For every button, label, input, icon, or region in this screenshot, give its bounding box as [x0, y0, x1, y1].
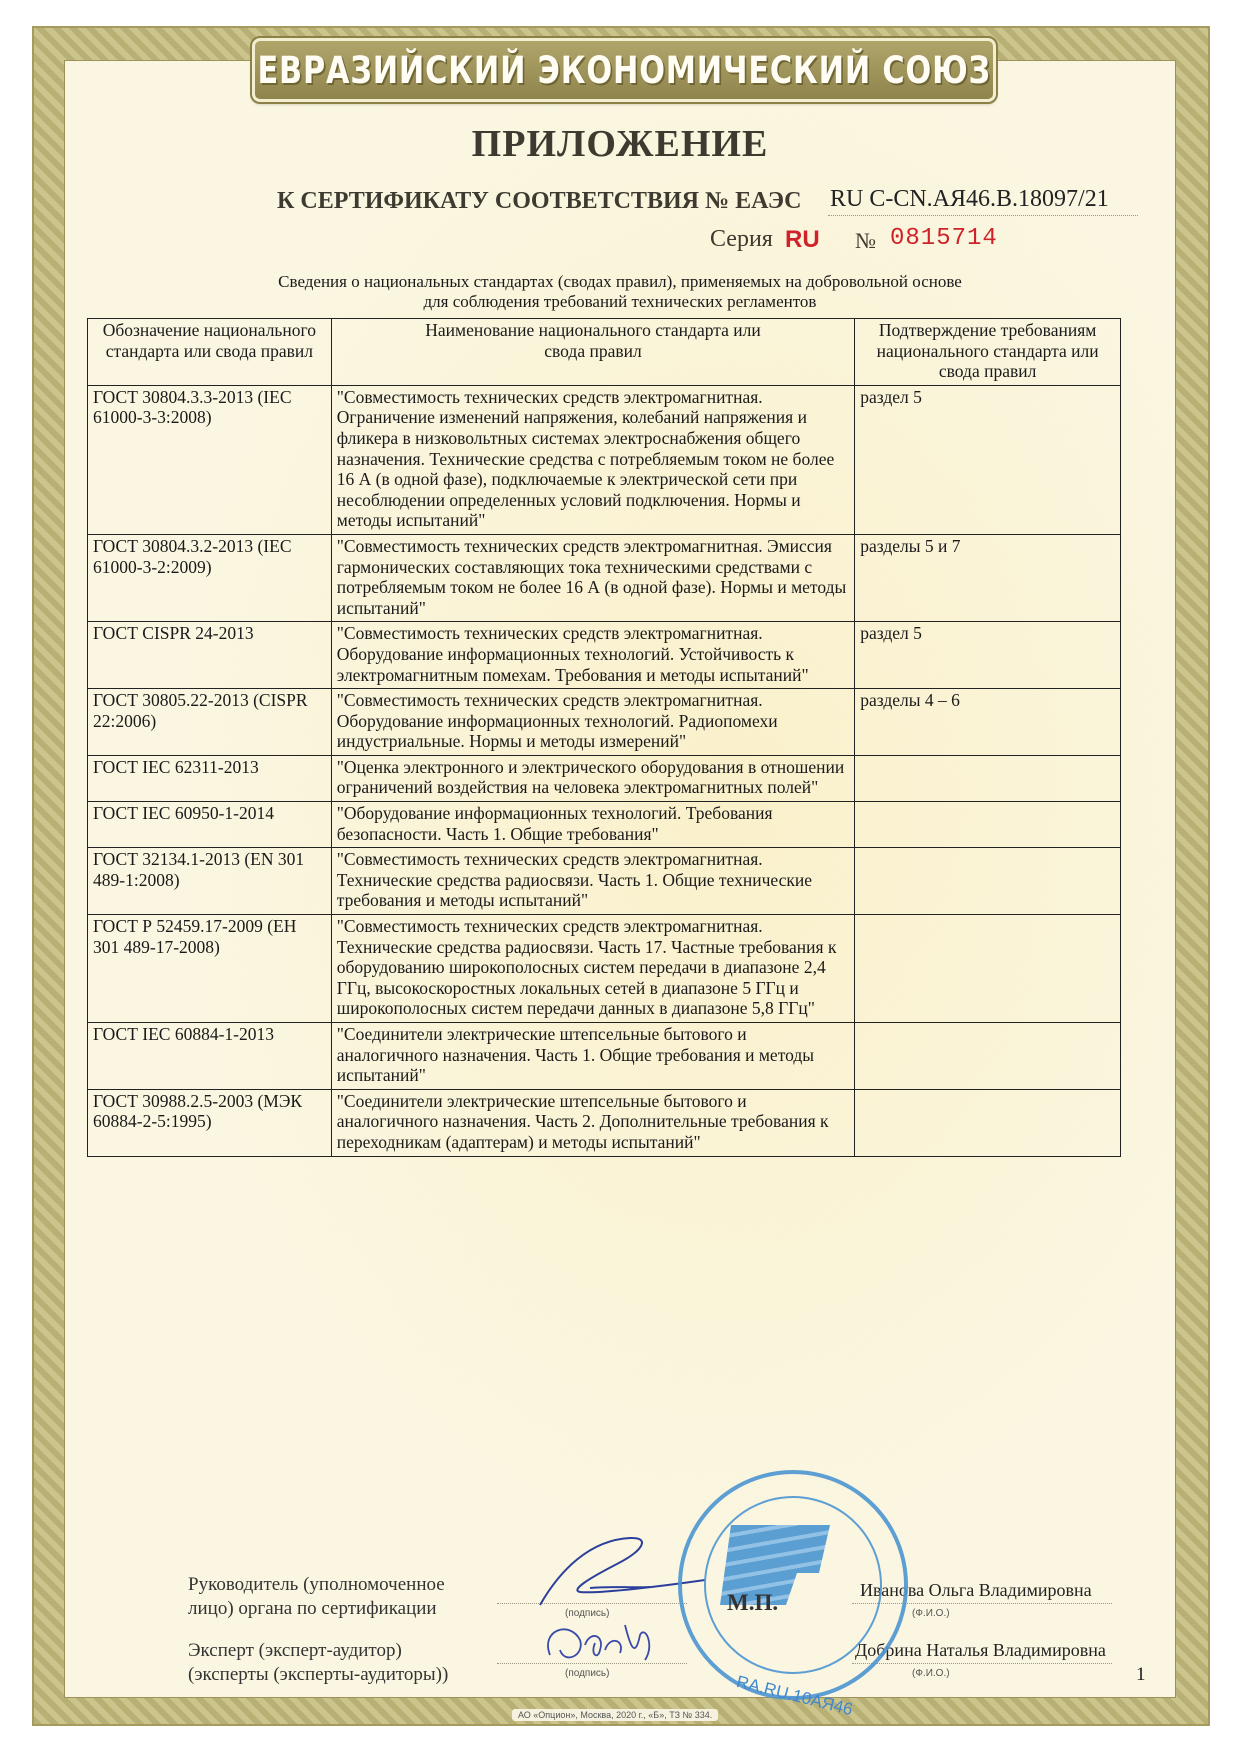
standard-name: "Соединители электрические штепсельные б… — [331, 1089, 855, 1156]
standard-confirmation: раздел 5 — [855, 622, 1121, 689]
table-header-row: Обозначение национального стандарта или … — [88, 319, 1121, 386]
certificate-number-underline — [828, 215, 1138, 216]
table-row: ГОСТ CISPR 24-2013"Совместимость техниче… — [88, 622, 1121, 689]
page-title: ПРИЛОЖЕНИЕ — [0, 122, 1240, 166]
union-banner-text: ЕВРАЗИЙСКИЙ ЭКОНОМИЧЕСКИЙ СОЮЗ — [257, 49, 990, 92]
form-number-label: № — [855, 228, 876, 254]
intro-line-1: Сведения о национальных стандартах (свод… — [0, 272, 1240, 292]
standard-name: "Совместимость технических средств элект… — [331, 689, 855, 756]
standard-code: ГОСТ IEC 62311-2013 — [88, 755, 332, 801]
standard-confirmation — [855, 1023, 1121, 1090]
standard-name: "Соединители электрические штепсельные б… — [331, 1023, 855, 1090]
standard-code: ГОСТ 32134.1-2013 (EN 301 489-1:2008) — [88, 848, 332, 915]
series-value: RU — [785, 226, 820, 254]
standard-code: ГОСТ IEC 60884-1-2013 — [88, 1023, 332, 1090]
standard-confirmation: разделы 5 и 7 — [855, 534, 1121, 621]
expert-fio-caption: (Ф.И.О.) — [912, 1668, 950, 1679]
standard-confirmation — [855, 848, 1121, 915]
standard-confirmation — [855, 1089, 1121, 1156]
expert-signature-icon — [540, 1615, 660, 1675]
expert-label-line-2: (эксперты (эксперты-аудиторы)) — [188, 1664, 448, 1686]
page-number: 1 — [1136, 1664, 1146, 1686]
standard-confirmation — [855, 755, 1121, 801]
head-label-line-1: Руководитель (уполномоченное — [188, 1574, 445, 1596]
table-row: ГОСТ 30804.3.2-2013 (IEC 61000-3-2:2009)… — [88, 534, 1121, 621]
standard-code: ГОСТ 30804.3.2-2013 (IEC 61000-3-2:2009) — [88, 534, 332, 621]
standard-name: "Совместимость технических средств элект… — [331, 848, 855, 915]
intro-text: Сведения о национальных стандартах (свод… — [0, 272, 1240, 312]
expert-name: Добрина Наталья Владимировна — [855, 1640, 1106, 1661]
standard-name: "Совместимость технических средств элект… — [331, 622, 855, 689]
printer-imprint: АО «Опцион», Москва, 2020 г., «Б», ТЗ № … — [512, 1709, 718, 1721]
table-row: ГОСТ 30988.2.5-2003 (МЭК 60884-2-5:1995)… — [88, 1089, 1121, 1156]
table-row: ГОСТ 30804.3.3-2013 (IEC 61000-3-3:2008)… — [88, 385, 1121, 534]
standard-name: "Совместимость технических средств элект… — [331, 915, 855, 1023]
union-banner: ЕВРАЗИЙСКИЙ ЭКОНОМИЧЕСКИЙ СОЮЗ — [252, 38, 996, 102]
head-label-line-2: лицо) органа по сертификации — [188, 1598, 437, 1620]
certificate-number: RU C-CN.АЯ46.В.18097/21 — [830, 186, 1109, 213]
expert-label-line-1: Эксперт (эксперт-аудитор) — [188, 1640, 402, 1662]
standard-code: ГОСТ 30804.3.3-2013 (IEC 61000-3-3:2008) — [88, 385, 332, 534]
standard-name: "Оценка электронного и электрического об… — [331, 755, 855, 801]
table-row: ГОСТ 32134.1-2013 (EN 301 489-1:2008)"Со… — [88, 848, 1121, 915]
table-row: ГОСТ IEC 60950-1-2014"Оборудование инфор… — [88, 802, 1121, 848]
standards-table: Обозначение национального стандарта или … — [87, 318, 1121, 1157]
standard-confirmation — [855, 802, 1121, 848]
header-name: Наименование национального стандарта или… — [331, 319, 855, 386]
standard-name: "Оборудование информационных технологий.… — [331, 802, 855, 848]
standard-confirmation: раздел 5 — [855, 385, 1121, 534]
standard-code: ГОСТ Р 52459.17-2009 (ЕН 301 489-17-2008… — [88, 915, 332, 1023]
stamp-mark: М.П. — [727, 1590, 778, 1616]
standard-code: ГОСТ IEC 60950-1-2014 — [88, 802, 332, 848]
certificate-label: К СЕРТИФИКАТУ СООТВЕТСТВИЯ № ЕАЭС — [277, 188, 801, 215]
header-code: Обозначение национального стандарта или … — [88, 319, 332, 386]
table-row: ГОСТ IEC 60884-1-2013"Соединители электр… — [88, 1023, 1121, 1090]
standard-name: "Совместимость технических средств элект… — [331, 385, 855, 534]
header-confirm: Подтверждение требованиям национального … — [855, 319, 1121, 386]
form-number-value: 0815714 — [890, 225, 998, 252]
standard-code: ГОСТ 30805.22-2013 (CISPR 22:2006) — [88, 689, 332, 756]
head-fio-caption: (Ф.И.О.) — [912, 1608, 950, 1619]
table-row: ГОСТ 30805.22-2013 (CISPR 22:2006)"Совме… — [88, 689, 1121, 756]
standard-name: "Совместимость технических средств элект… — [331, 534, 855, 621]
series-label: Серия — [710, 226, 773, 253]
expert-name-line — [852, 1663, 1112, 1664]
intro-line-2: для соблюдения требований технических ре… — [0, 292, 1240, 312]
standard-code: ГОСТ CISPR 24-2013 — [88, 622, 332, 689]
standard-confirmation — [855, 915, 1121, 1023]
standard-code: ГОСТ 30988.2.5-2003 (МЭК 60884-2-5:1995) — [88, 1089, 332, 1156]
table-row: ГОСТ IEC 62311-2013"Оценка электронного … — [88, 755, 1121, 801]
standard-confirmation: разделы 4 – 6 — [855, 689, 1121, 756]
table-row: ГОСТ Р 52459.17-2009 (ЕН 301 489-17-2008… — [88, 915, 1121, 1023]
